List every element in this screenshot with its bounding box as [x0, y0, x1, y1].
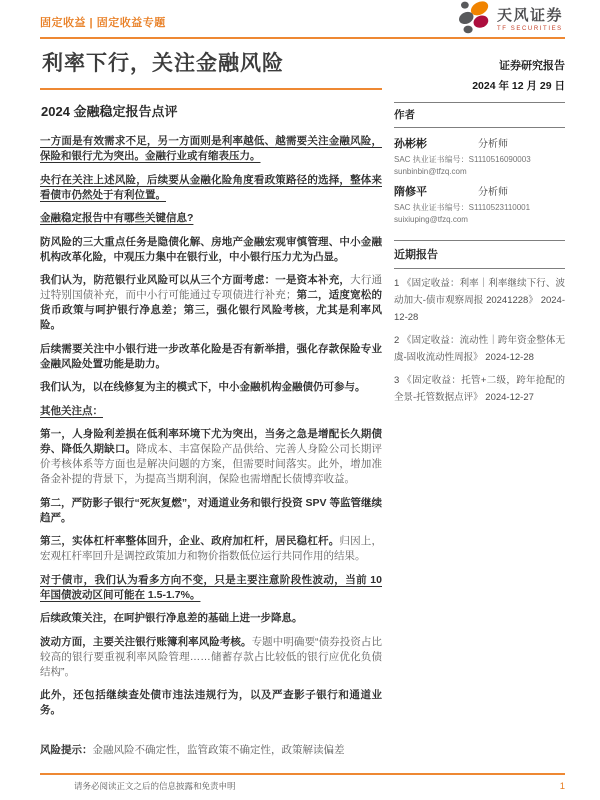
authors-block: 孙彬彬分析师SAC 执业证书编号：S1110516090003sunbinbin…: [394, 135, 565, 224]
report-body: 一方面是有效需求不足，另一方面则是利率越低、越需要关注金融风险，保险和银行尤为突…: [40, 134, 382, 758]
paragraph: 其他关注点：: [40, 404, 382, 419]
text-run: 第二，严防影子银行“死灰复燃”，对通道业务和银行投资 SPV 等监管继续趋严。: [40, 497, 382, 524]
authors-label: 作者: [394, 103, 565, 127]
paragraph: 此外，还包括继续查处债市违法违规行为，以及严查影子银行和通道业务。: [40, 688, 382, 718]
text-run: 此外，还包括继续查处债市违法违规行为，以及严查影子银行和通道业务。: [40, 689, 382, 716]
author-role: 分析师: [478, 135, 508, 150]
paragraph: 防风险的三大重点任务是隐债化解、房地产金融宏观审慎管理、中小金融机构改革化险，中…: [40, 235, 382, 265]
main-column: 利率下行，关注金融风险 2024 金融稳定报告点评 一方面是有效需求不足，另一方…: [40, 46, 382, 767]
report-date: 2024 年 12 月 29 日: [394, 78, 565, 93]
paragraph: 金融稳定报告中有哪些关键信息?: [40, 211, 382, 226]
header-rule: [40, 37, 565, 39]
text-run: 金融风险不确定性，监管政策不确定性，政策解读偏差: [93, 744, 345, 756]
section-heading: 2024 金融稳定报告点评: [41, 101, 382, 120]
text-run: 对于债市，我们认为看多方向不变，只是主要注意阶段性波动，当前 10 年国债波动区…: [40, 574, 382, 601]
paragraph: 第三，实体杠杆率整体回升，企业、政府加杠杆，居民稳杠杆。归因上，宏观杠杆率回升是…: [40, 534, 382, 564]
page-title: 利率下行，关注金融风险: [42, 47, 382, 77]
text-run: 防风险的三大重点任务是隐债化解、房地产金融宏观审慎管理、中小金融机构改革化险，中…: [40, 236, 382, 263]
paragraph: 风险提示：金融风险不确定性，监管政策不确定性，政策解读偏差: [40, 743, 382, 758]
author-entry: 孙彬彬分析师SAC 执业证书编号：S1110516090003sunbinbin…: [394, 135, 565, 176]
paragraph: 第二，严防影子银行“死灰复燃”，对通道业务和银行投资 SPV 等监管继续趋严。: [40, 496, 382, 526]
text-run: 第三，实体杠杆率整体回升，企业、政府加杠杆，居民稳杠杆。: [40, 535, 339, 547]
recent-reports-label: 近期报告: [394, 241, 565, 268]
author-entry: 隋修平分析师SAC 执业证书编号：S1110523110001suixiupin…: [394, 183, 565, 224]
author-sac-number: SAC 执业证书编号：S1110516090003: [394, 154, 565, 165]
recent-reports-list: 1 《固定收益：利率｜利率继续下行、波动加大-债市观察周报 20241228》 …: [394, 275, 565, 406]
divider: [394, 268, 565, 269]
author-name: 孙彬彬: [394, 135, 478, 151]
author-role: 分析师: [478, 183, 508, 198]
logo-name: 天风证券: [497, 4, 563, 25]
recent-report-item[interactable]: 1 《固定收益：利率｜利率继续下行、波动加大-债市观察周报 20241228》 …: [394, 275, 565, 326]
logo-text: 天风证券 TF SECURITIES: [497, 4, 563, 32]
author-sac-number: SAC 执业证书编号：S1110523110001: [394, 202, 565, 213]
paragraph: 我们认为，防范银行业风险可以从三个方面考虑：一是资本补充，大行通过特别国债补充，…: [40, 273, 382, 333]
paragraph: 后续需要关注中小银行进一步改革化险是否有新举措，强化存款保险专业金融风险处置功能…: [40, 342, 382, 372]
paragraph: 后续政策关注，在呵护银行净息差的基础上进一步降息。: [40, 611, 382, 626]
report-type-label: 证券研究报告: [394, 57, 565, 73]
paragraph: 我们认为，以在线修复为主的模式下，中小金融机构金融债仍可参与。: [40, 380, 382, 395]
text-run: 后续政策关注，在呵护银行净息差的基础上进一步降息。: [40, 612, 303, 624]
logo-flower-icon: [458, 1, 491, 34]
tf-securities-logo: 天风证券 TF SECURITIES: [458, 1, 563, 34]
top-bar: 固定收益 | 固定收益专题 天风证券 TF SECURITIES: [40, 0, 565, 37]
author-email[interactable]: suixiuping@tfzq.com: [394, 215, 565, 224]
paragraph: 波动方面，主要关注银行账簿利率风险考核。专题中明确要“债券投资占比较高的银行要重…: [40, 635, 382, 680]
paragraph: 对于债市，我们认为看多方向不变，只是主要注意阶段性波动，当前 10 年国债波动区…: [40, 573, 382, 603]
text-run: 波动方面，主要关注银行账簿利率风险考核。: [40, 636, 252, 648]
text-run: 一方面是有效需求不足，另一方面则是利率越低、越需要关注金融风险，保险和银行尤为突…: [40, 135, 382, 162]
page-footer: 请务必阅读正文之后的信息披露和免责申明 1: [40, 773, 565, 792]
divider: [394, 127, 565, 128]
report-page: 固定收益 | 固定收益专题 天风证券 TF SECURITIES 利率下行，关注…: [0, 0, 600, 800]
disclaimer-text: 请务必阅读正文之后的信息披露和免责申明: [40, 780, 236, 792]
paragraph: 央行在关注上述风险，后续要从金融化险角度看政策路径的选择，整体来看债市仍然处于有…: [40, 173, 382, 203]
paragraph: 第一，人身险利差损在低利率环境下尤为突出，当务之急是增配长久期债券、降低久期缺口…: [40, 427, 382, 487]
text-run: 我们认为，防范银行业风险可以从三个方面考虑：一是资本补充，: [40, 274, 350, 286]
recent-report-item[interactable]: 2 《固定收益：流动性｜跨年资金整体无虞-固收流动性周报》 2024-12-28: [394, 332, 565, 366]
page-number: 1: [560, 781, 565, 792]
text-run: 金融稳定报告中有哪些关键信息?: [40, 212, 193, 224]
sidebar: 证券研究报告 2024 年 12 月 29 日 作者 孙彬彬分析师SAC 执业证…: [394, 46, 565, 767]
text-run: 后续需要关注中小银行进一步改革化险是否有新举措，强化存款保险专业金融风险处置功能…: [40, 343, 382, 370]
report-category: 固定收益 | 固定收益专题: [40, 14, 166, 30]
text-run: 其他关注点：: [40, 405, 103, 417]
text-run: 我们认为，以在线修复为主的模式下，中小金融机构金融债仍可参与。: [40, 381, 366, 393]
logo-subtitle: TF SECURITIES: [497, 26, 563, 32]
author-email[interactable]: sunbinbin@tfzq.com: [394, 167, 565, 176]
text-run: 央行在关注上述风险，后续要从金融化险角度看政策路径的选择，整体来看债市仍然处于有…: [40, 174, 382, 201]
text-run: 风险提示：: [40, 744, 93, 756]
recent-report-item[interactable]: 3 《固定收益：托管+二级，跨年抢配的全景-托管数据点评》 2024-12-27: [394, 372, 565, 406]
footer-rule: [40, 773, 565, 775]
title-rule: [40, 88, 382, 90]
author-name: 隋修平: [394, 183, 478, 199]
paragraph: 一方面是有效需求不足，另一方面则是利率越低、越需要关注金融风险，保险和银行尤为突…: [40, 134, 382, 164]
